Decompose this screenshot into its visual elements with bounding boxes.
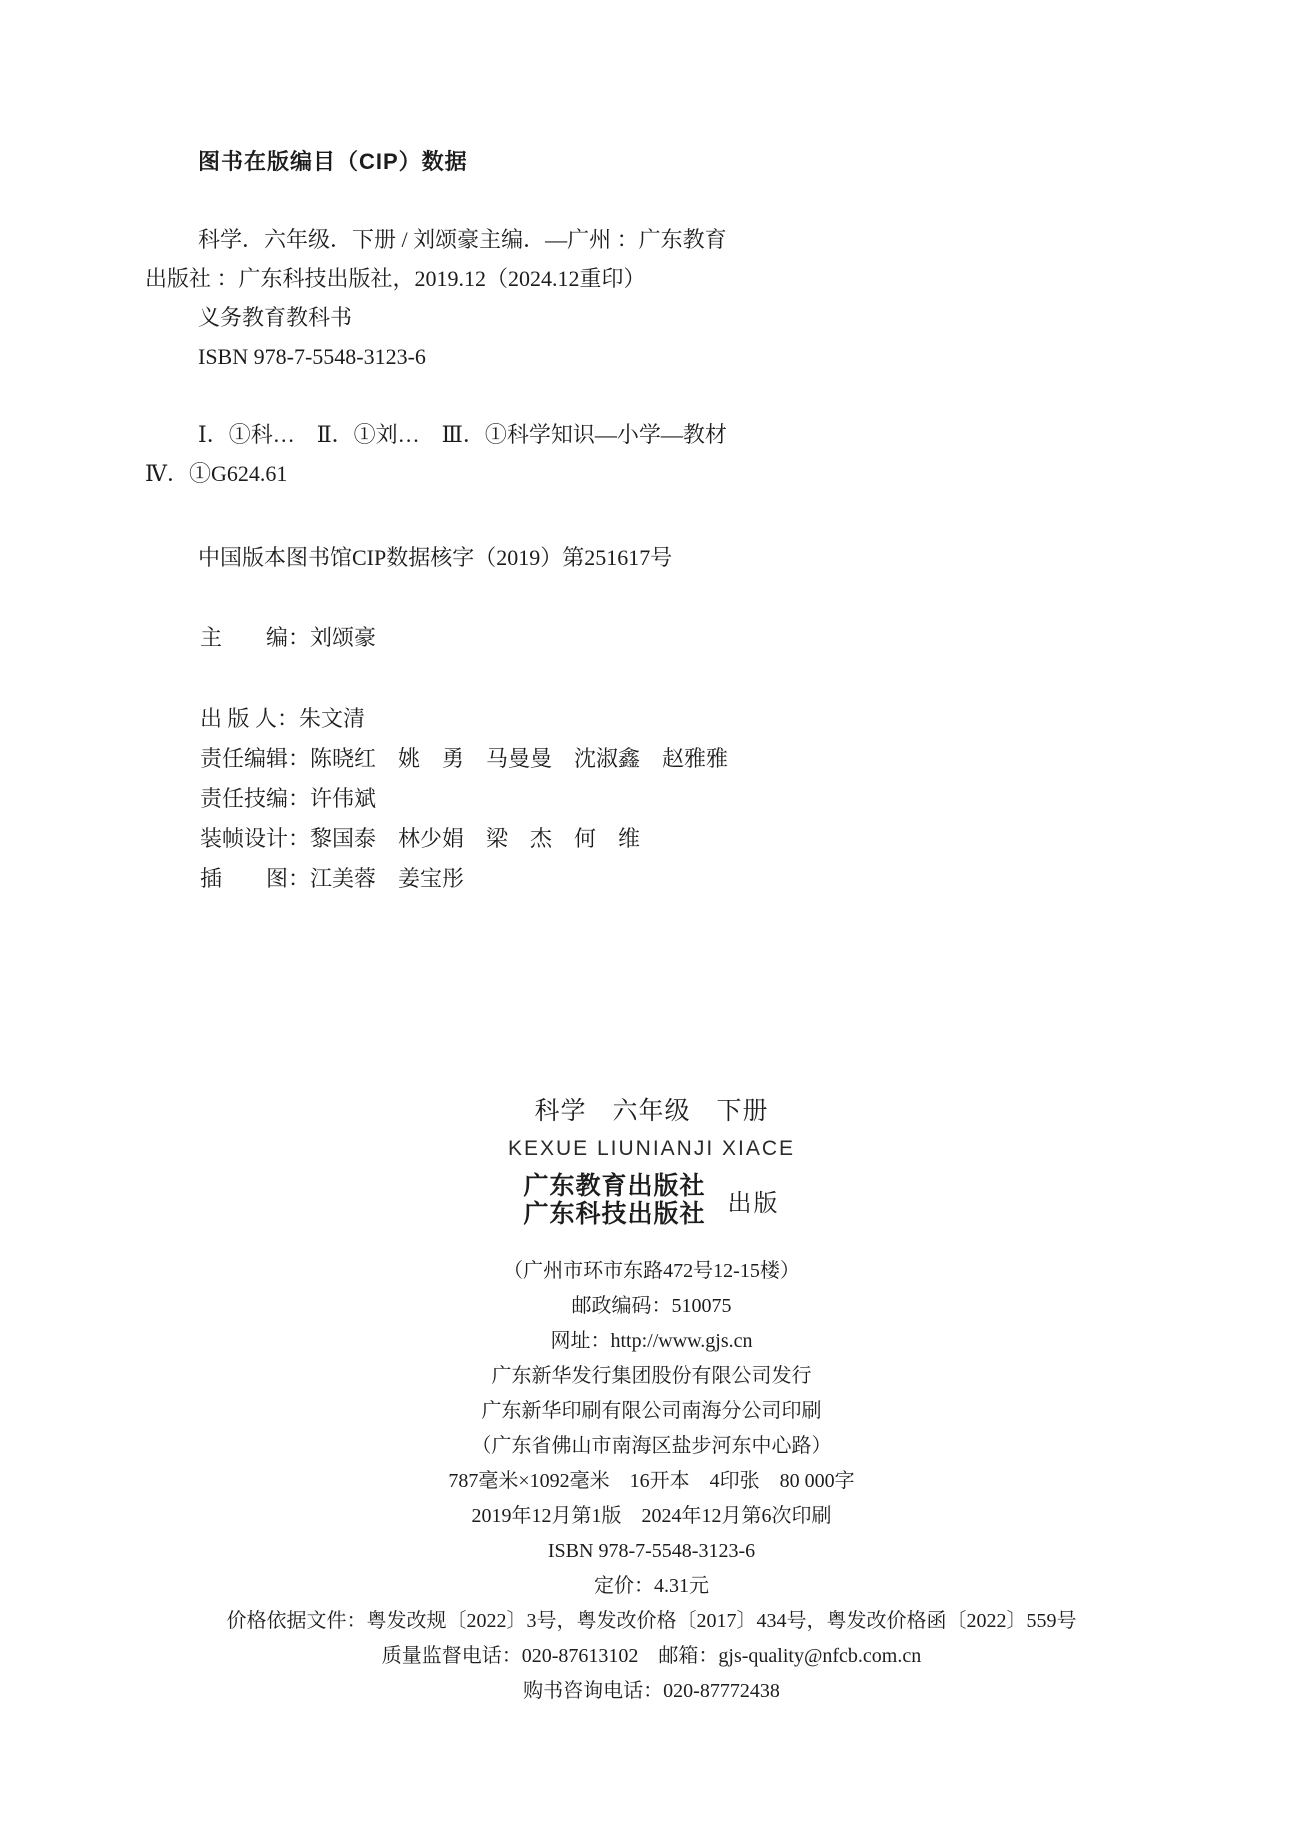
designers-line: 装帧设计：黎国泰 林少娟 梁 杰 何 维 [145, 819, 1205, 859]
copyright-page: 图书在版编目（CIP）数据 科学．六年级．下册 / 刘颂豪主编．—广州 ：广东教… [0, 0, 1303, 1842]
tech-editor-line: 责任技编：许伟斌 [145, 779, 1205, 819]
responsible-editors-line: 责任编辑：陈晓红 姚 勇 马曼曼 沈淑鑫 赵雅雅 [145, 739, 1205, 779]
publishers-block: 广东教育出版社 广东科技出版社 出版 [523, 1172, 779, 1228]
cip-record-number: 中国版本图书馆CIP数据核字（2019）第251617号 [145, 538, 1205, 577]
cip-header: 图书在版编目（CIP）数据 [145, 142, 1205, 181]
publisher-science-tech: 广东科技出版社 [523, 1200, 705, 1228]
price-basis-line: 价格依据文件：粤发改规〔2022〕3号，粤发改价格〔2017〕434号，粤发改价… [0, 1604, 1303, 1639]
format-line: 787毫米×1092毫米 16开本 4印张 80 000字 [0, 1464, 1303, 1499]
publisher-address: （广州市环市东路472号12-15楼） [0, 1254, 1303, 1289]
cip-entry-line1: 科学．六年级．下册 / 刘颂豪主编．—广州 ：广东教育 [145, 220, 1205, 259]
quality-contact-line: 质量监督电话：020-87613102 邮箱：gjs-quality@nfcb.… [0, 1639, 1303, 1674]
publisher-person-line: 出 版 人：朱文清 [145, 699, 1205, 739]
book-title-pinyin: KEXUE LIUNIANJI XIACE [0, 1132, 1303, 1166]
postal-code: 邮政编码：510075 [0, 1289, 1303, 1324]
cip-isbn: ISBN 978-7-5548-3123-6 [145, 337, 1205, 376]
purchase-phone-line: 购书咨询电话：020-87772438 [0, 1674, 1303, 1709]
book-title: 科学 六年级 下册 [0, 1092, 1303, 1132]
printer-line: 广东新华印刷有限公司南海分公司印刷 [0, 1394, 1303, 1429]
cip-entry-line2: 出版社 ：广东科技出版社，2019.12（2024.12重印） [145, 259, 1205, 298]
distributor-line: 广东新华发行集团股份有限公司发行 [0, 1359, 1303, 1394]
printer-address: （广东省佛山市南海区盐步河东中心路） [0, 1429, 1303, 1464]
colophon-section: 科学 六年级 下册 KEXUE LIUNIANJI XIACE 广东教育出版社 … [0, 1092, 1303, 1709]
chief-editor-line: 主 编：刘颂豪 [145, 618, 1205, 658]
edition-line: 2019年12月第1版 2024年12月第6次印刷 [0, 1499, 1303, 1534]
cip-series: 义务教育教科书 [145, 298, 1205, 337]
price-line: 定价：4.31元 [0, 1569, 1303, 1604]
colophon-details: （广州市环市东路472号12-15楼） 邮政编码：510075 网址：http:… [0, 1254, 1303, 1709]
cip-classification-line1: Ⅰ．①科… Ⅱ．①刘… Ⅲ．①科学知识—小学—教材 [145, 415, 1205, 454]
website-line: 网址：http://www.gjs.cn [0, 1324, 1303, 1359]
illustrators-line: 插 图：江美蓉 姜宝彤 [145, 859, 1205, 899]
publisher-education: 广东教育出版社 [523, 1172, 705, 1200]
cip-classification-line2: Ⅳ．①G624.61 [145, 454, 1205, 493]
cip-section: 图书在版编目（CIP）数据 科学．六年级．下册 / 刘颂豪主编．—广州 ：广东教… [145, 142, 1205, 899]
colophon-isbn: ISBN 978-7-5548-3123-6 [0, 1534, 1303, 1569]
publish-word: 出版 [728, 1183, 780, 1218]
